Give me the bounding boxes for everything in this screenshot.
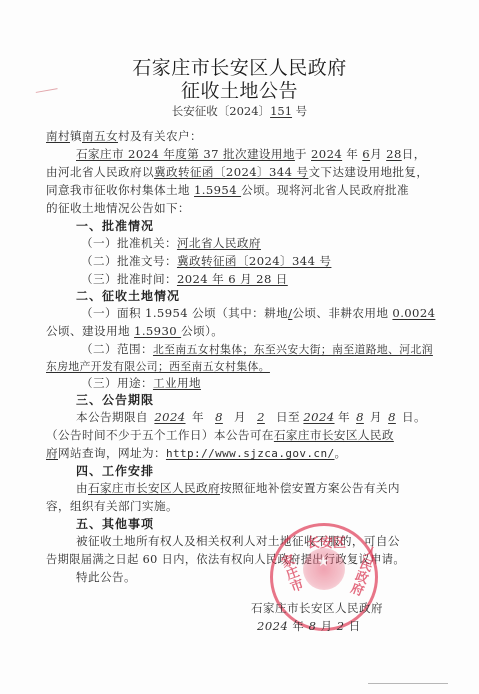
addressee-rest: 村及有关农户： bbox=[118, 129, 202, 143]
text: 月 bbox=[370, 410, 382, 424]
land-area-line-1: （一）面积 1.5954 公顷（其中：耕地/公顷、非耕农用地 0.0024 bbox=[81, 305, 435, 321]
section-heading-period: 三、公告期限 bbox=[76, 391, 154, 408]
text: 由 bbox=[76, 481, 88, 495]
section-heading-land: 二、征收土地情况 bbox=[76, 287, 180, 304]
text: 月 bbox=[370, 147, 386, 161]
intro-line-2: 由河北省人民政府以冀政转征函〔2024〕344 号文下达建设用地批复， bbox=[46, 164, 428, 180]
seal-text-right: 人民政府 bbox=[345, 542, 381, 597]
text: 公顷、非耕农用地 bbox=[292, 306, 392, 320]
land-area-line-2: 公顷、建设用地 1.5930 公顷）。 bbox=[46, 323, 223, 339]
approval-year: 2024 bbox=[311, 147, 342, 161]
scan-artifact bbox=[368, 683, 448, 684]
text: （一）面积 1.5954 公顷（其中：耕地 bbox=[81, 306, 288, 320]
text: 文下达建设用地批复， bbox=[308, 165, 428, 179]
approval-doc-number: 冀政转征函〔2024〕344 号 bbox=[154, 165, 308, 179]
scope-value: 北至南五女村集体；东至兴安大街；南至道路地、河北润 bbox=[153, 343, 433, 356]
field-label: （三）用途： bbox=[81, 376, 153, 390]
construction-area: 1.5930 bbox=[134, 324, 181, 338]
notice-title: 征收土地公告 bbox=[0, 76, 479, 103]
doc-number-suffix: 号 bbox=[292, 104, 307, 118]
end-day: 8 bbox=[382, 410, 402, 424]
end-year: 2024 bbox=[300, 410, 338, 424]
text: 年 bbox=[288, 619, 308, 633]
field-label: （二）批准文号： bbox=[81, 254, 177, 268]
approval-doc: （二）批准文号：冀政转征函〔2024〕344 号 bbox=[81, 253, 331, 269]
land-scope-line-1: （二）范围：北至南五女村集体；东至兴安大街；南至道路地、河北润 bbox=[81, 341, 433, 357]
start-year: 2024 bbox=[148, 410, 192, 424]
approval-date: （三）批准时间：2024 年 6 月 28 日 bbox=[81, 271, 288, 287]
field-label: （一）批准机关： bbox=[81, 236, 177, 250]
nonarable-area: 0.0024 bbox=[392, 306, 435, 320]
start-day: 2 bbox=[246, 410, 276, 424]
intro-line-3: 同意我市征收你村集体土地 1.5954 公顷。现将河北省人民政府批准 bbox=[46, 182, 409, 198]
text: 。 bbox=[335, 446, 347, 460]
approval-day: 28 bbox=[386, 147, 402, 161]
land-scope-line-2: 东房地产开发有限公司；西至南五女村集体。 bbox=[46, 359, 270, 374]
end-month: 8 bbox=[350, 410, 370, 424]
field-label: （二）范围： bbox=[81, 342, 153, 356]
website-url-link[interactable]: http://www.sjzca.gov.cn/ bbox=[166, 447, 335, 460]
government-website-link[interactable]: 府 bbox=[46, 446, 58, 460]
addressee-village: 南五女 bbox=[82, 129, 118, 143]
text: 日至 bbox=[276, 410, 300, 424]
text: 年 bbox=[192, 410, 204, 424]
signing-date: 2024 年 8 月 2 日 bbox=[257, 618, 361, 634]
total-area: 1.5954 bbox=[194, 183, 241, 197]
star-icon: ★ bbox=[317, 554, 330, 570]
doc-number-prefix: 长安征收〔2024〕 bbox=[172, 104, 270, 118]
field-label: （三）批准时间： bbox=[81, 272, 177, 286]
field-value: 工业用地 bbox=[153, 376, 201, 390]
doc-number-value: 151 bbox=[270, 104, 292, 118]
start-month: 8 bbox=[204, 410, 234, 424]
approval-month: 6 bbox=[362, 147, 370, 161]
text: 公顷）。 bbox=[181, 324, 223, 338]
notice-page: 石家庄市长安区人民政府 征收土地公告 长安征收〔2024〕151 号 南村镇南五… bbox=[0, 0, 479, 694]
work-line-1: 由石家庄市长安区人民政府按照征地补偿安置方案公告有关内 bbox=[76, 480, 400, 496]
text: 网站查询，网址为： bbox=[58, 446, 166, 460]
signing-organization: 石家庄市长安区人民政府 bbox=[251, 600, 383, 616]
addressee-town-suffix: 镇 bbox=[70, 129, 82, 143]
batch-name: 石家庄市 2024 年度第 37 批次建设用地 bbox=[76, 147, 295, 161]
government-website-link[interactable]: 石家庄市长安区人民政 bbox=[274, 428, 394, 442]
section-heading-other: 五、其他事项 bbox=[76, 515, 154, 532]
text: 同意我市征收你村集体土地 bbox=[46, 183, 194, 197]
text: 本公告期限自 bbox=[76, 410, 148, 424]
sign-year: 2024 bbox=[257, 619, 288, 633]
text: 按照征地补偿安置方案公告有关内 bbox=[220, 481, 400, 495]
text: 日， bbox=[402, 147, 426, 161]
section-heading-work: 四、工作安排 bbox=[76, 462, 154, 479]
period-line-2: （公告时间不少于五个工作日）本公告可在石家庄市长安区人民政 bbox=[46, 427, 394, 443]
scope-value: 东房地产开发有限公司；西至南五女村集体。 bbox=[46, 360, 270, 373]
approval-authority: （一）批准机关：河北省人民政府 bbox=[81, 235, 261, 251]
document-number: 长安征收〔2024〕151 号 bbox=[0, 103, 479, 119]
period-line-1: 本公告期限自2024年8月2日至2024年8月8日。 bbox=[76, 409, 426, 425]
text: 由河北省人民政府以 bbox=[46, 165, 154, 179]
text: 月 bbox=[234, 410, 246, 424]
period-line-3: 府网站查询，网址为：http://www.sjzca.gov.cn/。 bbox=[46, 445, 347, 461]
seal-text-left: 家庄市 bbox=[275, 552, 306, 595]
field-value: 冀政转征函〔2024〕344 号 bbox=[177, 254, 331, 268]
text: 年 bbox=[338, 410, 350, 424]
text: 公顷、建设用地 bbox=[46, 324, 134, 338]
text: 月 bbox=[316, 619, 336, 633]
text: 于 bbox=[295, 147, 311, 161]
work-line-2: 容，组织有关部门实施。 bbox=[46, 498, 178, 514]
closing-text: 特此公告。 bbox=[76, 569, 136, 585]
section-heading-approval: 一、批准情况 bbox=[76, 217, 154, 234]
text: 日 bbox=[345, 619, 361, 633]
text: 公顷。现将河北省人民政府批准 bbox=[241, 183, 409, 197]
text: 日。 bbox=[402, 410, 426, 424]
intro-line-4: 的征收土地情况公告如下： bbox=[46, 200, 190, 216]
field-value: 河北省人民政府 bbox=[177, 236, 261, 250]
land-use: （三）用途：工业用地 bbox=[81, 375, 201, 391]
text: （公告时间不少于五个工作日）本公告可在 bbox=[46, 428, 274, 442]
field-value: 2024 年 6 月 28 日 bbox=[177, 272, 288, 286]
text: 年 bbox=[342, 147, 362, 161]
addressee-town: 南村 bbox=[46, 129, 70, 143]
sign-day: 2 bbox=[337, 619, 345, 633]
organization: 石家庄市长安区人民政府 bbox=[88, 481, 220, 495]
intro-line-1: 石家庄市 2024 年度第 37 批次建设用地于 2024 年 6月 28日， bbox=[76, 146, 426, 162]
addressee: 南村镇南五女村及有关农户： bbox=[46, 128, 202, 144]
seal-text-top: 长安区 bbox=[307, 532, 346, 551]
